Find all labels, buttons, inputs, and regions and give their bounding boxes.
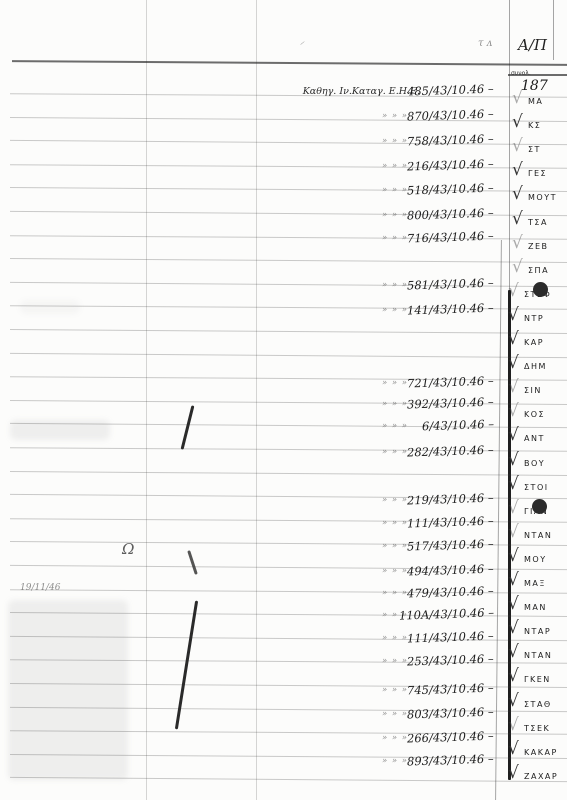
entry-reference: 758/43/10.46 –	[407, 131, 494, 148]
name-list-item: √ΜΟΥ	[508, 550, 567, 572]
checkmark-icon: √	[508, 642, 520, 662]
person-name-abbrev: ΚΟΣ	[524, 410, 545, 419]
name-list-item: √ΖΑΧΑΡ	[508, 767, 567, 789]
person-name-abbrev: ΜΑ	[528, 97, 543, 106]
checkmark-icon: √	[508, 666, 520, 686]
person-name-abbrev: ΖΑΧΑΡ	[524, 772, 558, 781]
entry-description: » » »	[290, 566, 408, 576]
checkmark-icon: √	[508, 594, 520, 614]
entry-reference: 721/43/10.46 –	[407, 373, 494, 390]
name-list-item: √ΣΠΑ	[512, 261, 567, 283]
entry-description: » » »	[290, 280, 408, 290]
name-list-item: √ΣΤΑΘ	[508, 695, 567, 717]
entry-reference: 517/43/10.46 –	[407, 536, 494, 553]
name-list-item: √ΜΑ	[512, 92, 567, 114]
name-list-item: √ΚΑΡ	[508, 333, 567, 355]
ledger-entry: » » »870/43/10.46 –	[290, 108, 502, 130]
margin-note: Ω	[122, 540, 134, 558]
entry-description: » » »	[290, 733, 408, 743]
checkmark-icon: √	[512, 112, 524, 132]
person-name-abbrev: ΖΕΒ	[528, 242, 549, 251]
name-list-item: √ΤΣΑ	[512, 213, 567, 235]
ledger-entry: » » »282/43/10.46 –	[290, 444, 502, 466]
ledger-entry: » » »517/43/10.46 –	[290, 538, 502, 560]
ruled-line	[10, 329, 567, 334]
name-list-item: √ΖΕΒ	[512, 237, 567, 259]
ledger-entry: » » »253/43/10.46 –	[290, 653, 502, 675]
person-name-abbrev: ΚΣ	[528, 121, 541, 130]
name-list-item: √ΝΤΑΝ	[508, 646, 567, 668]
person-name-abbrev: ΣΙΝ	[524, 386, 542, 395]
checkmark-icon: √	[508, 522, 520, 542]
name-list-item: √ΚΑΚΑΡ	[508, 743, 567, 765]
checkmark-icon: √	[508, 618, 520, 638]
person-name-abbrev: ΚΑΚΑΡ	[524, 748, 558, 757]
checkmark-icon: √	[512, 136, 524, 156]
entry-reference: 253/43/10.46 –	[407, 651, 494, 668]
ledger-entry: » » »392/43/10.46 –	[290, 396, 502, 418]
entry-reference: 110Α/43/10.46 –	[399, 605, 494, 622]
ruled-line	[10, 258, 567, 263]
checkmark-icon: √	[508, 305, 520, 325]
name-list-item: √ΜΟΥΤ	[512, 188, 567, 210]
checkmark-icon: √	[508, 498, 520, 518]
binder-hole	[532, 499, 547, 514]
column-header-ap: Α/Π	[518, 36, 547, 54]
person-name-abbrev: ΣΠΑ	[528, 266, 549, 275]
person-name-abbrev: ΝΤΑΝ	[524, 651, 552, 660]
entry-reference: 485/43/10.46 –	[407, 81, 494, 98]
ledger-page: Α/Π ⸝ τ ᴧ συνολ. 187 Καθηγ. Ιν.Καταγ. Ε.…	[0, 0, 567, 800]
checkmark-icon: √	[508, 329, 520, 349]
person-name-abbrev: ΜΟΥ	[524, 555, 547, 564]
checkmark-icon: √	[508, 715, 520, 735]
ledger-entry: » » »110Α/43/10.46 –	[290, 607, 502, 629]
ledger-entry: » » »219/43/10.46 –	[290, 492, 502, 514]
entry-reference: 745/43/10.46 –	[407, 680, 494, 697]
checkmark-icon: √	[508, 739, 520, 759]
entry-description: » » »	[290, 378, 408, 388]
entry-reference: 6/43/10.46 –	[422, 417, 494, 434]
checkmark-icon: √	[508, 474, 520, 494]
entry-description: » » »	[290, 685, 408, 695]
entry-reference: 266/43/10.46 –	[407, 728, 494, 745]
entry-description: » » »	[290, 185, 408, 195]
person-name-abbrev: ΤΣΑ	[528, 218, 548, 227]
entry-reference: 282/43/10.46 –	[407, 442, 494, 459]
header-scribble: τ ᴧ	[478, 38, 492, 49]
entry-description: » » »	[290, 233, 408, 243]
scan-smudge	[20, 300, 80, 314]
scan-smudge	[8, 600, 128, 780]
ruled-line	[10, 352, 567, 357]
checkmark-icon: √	[512, 184, 524, 204]
entry-description: » » »	[290, 633, 408, 643]
entry-description: » » »	[290, 305, 408, 315]
entry-description: » » »	[290, 541, 408, 551]
person-name-abbrev: ΣΤΑΘ	[524, 700, 552, 709]
entry-description: » » »	[290, 447, 408, 457]
ledger-entry: » » »581/43/10.46 –	[290, 277, 502, 299]
name-list-item: √ΓΕΣ	[512, 164, 567, 186]
person-name-abbrev: ΣΤ	[528, 145, 541, 154]
entry-description: » » »	[290, 111, 408, 121]
checkmark-icon: √	[508, 570, 520, 590]
checkmark-icon: √	[512, 233, 524, 253]
ledger-entry: » » »6/43/10.46 –	[290, 418, 502, 440]
checkmark-icon: √	[508, 377, 520, 397]
checkmark-icon: √	[512, 88, 524, 108]
ledger-entry: » » »893/43/10.46 –	[290, 753, 502, 775]
name-list-item: √ΚΟΣ	[508, 405, 567, 427]
entry-description: Καθηγ. Ιν.Καταγ. Ε.Η.Ε.	[280, 86, 420, 97]
ledger-entry: » » »494/43/10.46 –	[290, 563, 502, 585]
name-list-item: √ΓΚΕΝ	[508, 670, 567, 692]
person-name-abbrev: ΣΤΟΙ	[524, 483, 549, 492]
margin-note: 19/11/46	[20, 583, 60, 593]
entry-reference: 716/43/10.46 –	[407, 228, 494, 245]
entry-description: » » »	[290, 495, 408, 505]
ledger-entry: Καθηγ. Ιν.Καταγ. Ε.Η.Ε.485/43/10.46 –	[290, 83, 502, 105]
entry-description: » » »	[290, 610, 408, 620]
pen-mark	[187, 550, 198, 575]
checkmark-icon: √	[508, 353, 520, 373]
entry-reference: 479/43/10.46 –	[407, 583, 494, 600]
entry-description: » » »	[290, 588, 408, 598]
column-divider	[509, 0, 510, 290]
entry-description: » » »	[290, 421, 408, 431]
entry-reference: 870/43/10.46 –	[407, 106, 494, 123]
entry-description: » » »	[290, 756, 408, 766]
name-list-item: √ΜΑΞ	[508, 574, 567, 596]
ledger-entry: » » »745/43/10.46 –	[290, 682, 502, 704]
entry-reference: 392/43/10.46 –	[407, 394, 494, 411]
name-list-item: √ΣΙΝ	[508, 381, 567, 403]
column-divider	[256, 0, 257, 800]
entry-reference: 800/43/10.46 –	[407, 205, 494, 222]
name-list-item: √ΣΤ	[512, 140, 567, 162]
person-name-abbrev: ΤΣΕΚ	[524, 724, 550, 733]
header-rule	[12, 60, 567, 66]
checkmark-icon: √	[508, 546, 520, 566]
checkmark-icon: √	[508, 691, 520, 711]
person-name-abbrev: ΓΕΣ	[528, 169, 547, 178]
entry-description: » » »	[290, 136, 408, 146]
ledger-entry: » » »141/43/10.46 –	[290, 302, 502, 324]
entry-description: » » »	[290, 656, 408, 666]
checkmark-icon: √	[512, 160, 524, 180]
pen-mark	[175, 601, 198, 730]
entry-reference: 111/43/10.46 –	[407, 513, 494, 530]
entry-reference: 494/43/10.46 –	[407, 561, 494, 578]
checkmark-icon: √	[508, 450, 520, 470]
column-divider	[553, 0, 554, 60]
ledger-entry: » » »800/43/10.46 –	[290, 207, 502, 229]
name-list-item: √ΜΑΝ	[508, 598, 567, 620]
ledger-entry: » » »721/43/10.46 –	[290, 375, 502, 397]
ledger-entry: » » »758/43/10.46 –	[290, 133, 502, 155]
ledger-entry: » » »803/43/10.46 –	[290, 706, 502, 728]
person-name-abbrev: ΝΤΡ	[524, 314, 544, 323]
name-list-item: √ΝΤΡ	[508, 309, 567, 331]
entry-description: » » »	[290, 161, 408, 171]
ledger-entry: » » »479/43/10.46 –	[290, 585, 502, 607]
name-list-item: √ΤΣΕΚ	[508, 719, 567, 741]
entry-reference: 141/43/10.46 –	[407, 300, 494, 317]
checkmark-icon: √	[508, 763, 520, 783]
column-divider	[146, 0, 147, 800]
person-name-abbrev: ΝΤΑΝ	[524, 531, 552, 540]
ledger-entry: » » »716/43/10.46 –	[290, 230, 502, 252]
entry-reference: 219/43/10.46 –	[407, 490, 494, 507]
ledger-entry: » » »216/43/10.46 –	[290, 158, 502, 180]
entry-reference: 111/43/10.46 –	[407, 628, 494, 645]
name-list-item: √ΔΗΜ	[508, 357, 567, 379]
ledger-entry: » » »266/43/10.46 –	[290, 730, 502, 752]
entry-reference: 803/43/10.46 –	[407, 704, 494, 721]
total-label: συνολ.	[511, 70, 531, 77]
checkmark-icon: √	[508, 401, 520, 421]
entry-description: » » »	[290, 399, 408, 409]
name-list-item: √ΑΝΤ	[508, 429, 567, 451]
pen-mark	[181, 405, 195, 449]
ledger-entry: » » »111/43/10.46 –	[290, 515, 502, 537]
entry-description: » » »	[290, 210, 408, 220]
entry-reference: 893/43/10.46 –	[407, 751, 494, 768]
person-name-abbrev: ΜΟΥΤ	[528, 193, 557, 202]
person-name-abbrev: ΚΑΡ	[524, 338, 544, 347]
person-name-abbrev: ΒΟΥ	[524, 459, 545, 468]
checkmark-icon: √	[508, 281, 520, 301]
checkmark-icon: √	[512, 257, 524, 277]
checkmark-icon: √	[508, 425, 520, 445]
entry-description: » » »	[290, 518, 408, 528]
name-list-item: √ΝΤΑΡ	[508, 622, 567, 644]
entry-reference: 216/43/10.46 –	[407, 156, 494, 173]
name-list-item: √ΣΤΟΙ	[508, 478, 567, 500]
ruled-line	[10, 471, 567, 476]
name-list-item: √ΒΟΥ	[508, 454, 567, 476]
person-name-abbrev: ΓΚΕΝ	[524, 675, 551, 684]
checkmark-icon: √	[512, 209, 524, 229]
entry-description: » » »	[290, 709, 408, 719]
person-name-abbrev: ΝΤΑΡ	[524, 627, 551, 636]
header-scribble: ⸝	[300, 34, 305, 47]
person-name-abbrev: ΔΗΜ	[524, 362, 547, 371]
name-list-item: √ΚΣ	[512, 116, 567, 138]
person-name-abbrev: ΜΑΞ	[524, 579, 546, 588]
entry-reference: 581/43/10.46 –	[407, 275, 494, 292]
person-name-abbrev: ΑΝΤ	[524, 434, 545, 443]
binder-hole	[533, 282, 548, 297]
name-list-item: √ΝΤΑΝ	[508, 526, 567, 548]
entry-reference: 518/43/10.46 –	[407, 180, 494, 197]
ledger-entry: » » »518/43/10.46 –	[290, 182, 502, 204]
person-name-abbrev: ΜΑΝ	[524, 603, 547, 612]
ledger-entry: » » »111/43/10.46 –	[290, 630, 502, 652]
